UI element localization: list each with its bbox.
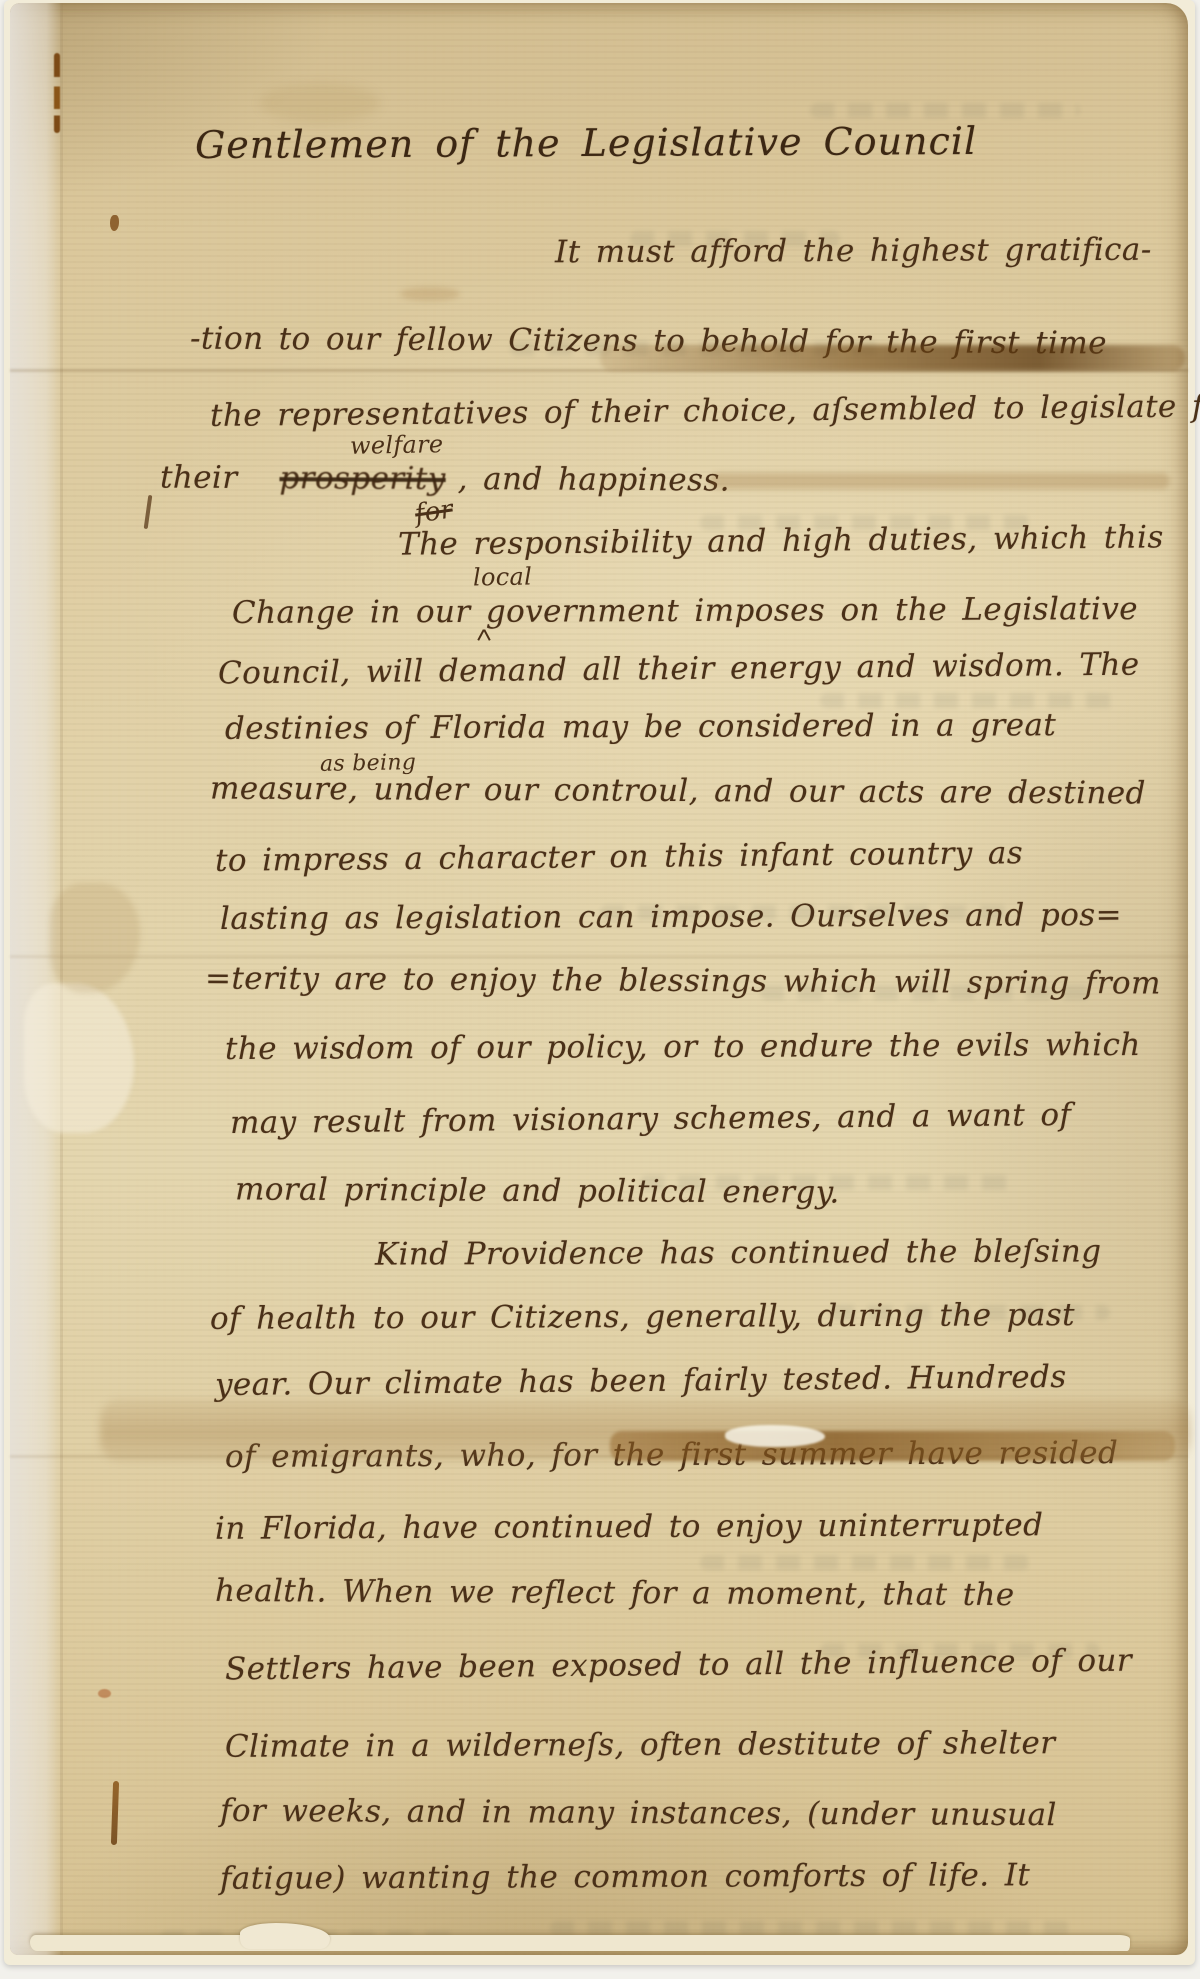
manuscript-line: may result from visionary schemes, and a… (230, 1097, 1072, 1141)
manuscript-line: It must afford the highest gratifica- (555, 232, 1152, 271)
edit-line-post: , and happiness. (458, 461, 730, 498)
manuscript-line: moral principle and political energy. (235, 1171, 840, 1210)
manuscript-line: The responsibility and high duties, whic… (398, 519, 1164, 562)
manuscript-line: of health to our Citizens, generally, du… (210, 1297, 1075, 1337)
manuscript-line-edited: theirprosperity, and happiness. (160, 460, 730, 499)
manuscript-line: the wisdom of our policy, or to endure t… (225, 1027, 1141, 1067)
manuscript-line: fatigue) wanting the common comforts of … (220, 1857, 1030, 1897)
manuscript-line: of emigrants, who, for the first summer … (225, 1435, 1118, 1475)
edit-line-pre: their (160, 460, 238, 496)
manuscript-line: in Florida, have continued to enjoy unin… (215, 1507, 1043, 1547)
struck-word-prosperity: prosperity (279, 460, 445, 497)
inserted-word-local: local (473, 562, 533, 591)
manuscript-page: Gentlemen of the Legislative Council It … (10, 3, 1188, 1955)
manuscript-line: for weeks, and in many instances, (under… (220, 1793, 1057, 1833)
handwriting-layer: Gentlemen of the Legislative Council It … (10, 3, 1188, 1955)
manuscript-line: Climate in a wilderneſs, often destitute… (225, 1725, 1056, 1765)
manuscript-line: health. When we reflect for a moment, th… (215, 1573, 1015, 1613)
manuscript-line: -tion to our fellow Citizens to behold f… (190, 321, 1107, 362)
manuscript-line: the representatives of their choice, aſs… (210, 388, 1200, 434)
manuscript-line: year. Our climate has been fairly tested… (215, 1359, 1067, 1403)
manuscript-line: Change in our government imposes on the … (232, 591, 1138, 631)
manuscript-scan: Gentlemen of the Legislative Council It … (0, 0, 1200, 1979)
manuscript-line: lasting as legislation can impose. Ourse… (220, 897, 1122, 937)
manuscript-line: Settlers have been exposed to all the in… (225, 1643, 1132, 1688)
manuscript-line: Kind Providence has continued the bleſsi… (375, 1233, 1102, 1272)
manuscript-line: =terity are to enjoy the blessings which… (205, 960, 1161, 1001)
struck-false-start: for (413, 495, 455, 530)
document-heading: Gentlemen of the Legislative Council (195, 119, 977, 167)
manuscript-line: to impress a character on this infant co… (215, 835, 1023, 879)
manuscript-line: Council, will demand all their energy an… (218, 647, 1140, 692)
manuscript-line: destinies of Florida may be considered i… (225, 707, 1056, 747)
manuscript-line: measure, under our controul, and our act… (210, 771, 1146, 812)
caret-mark (478, 629, 490, 639)
inserted-word-welfare: welfare (350, 430, 444, 460)
